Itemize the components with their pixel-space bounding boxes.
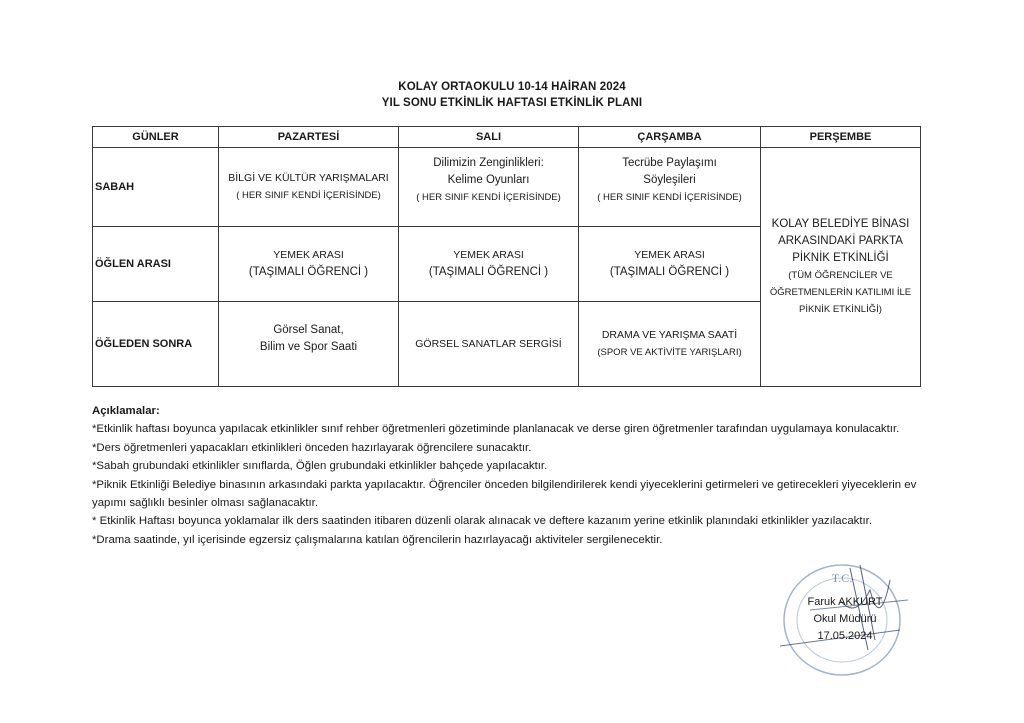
signatory-role: Okul Müdürü xyxy=(780,613,910,625)
cell-wednesday-noon: YEMEK ARASI (TAŞIMALI ÖĞRENCİ ) xyxy=(579,227,761,302)
note-item: * Etkinlik Haftası boyunca yoklamalar il… xyxy=(92,512,892,530)
row-label-noon: ÖĞLEN ARASI xyxy=(93,227,219,302)
header-thursday: PERŞEMBE xyxy=(761,127,921,148)
explanations-heading: Açıklamalar: xyxy=(92,402,932,420)
cell-wednesday-afternoon: DRAMA VE YARIŞMA SAATİ (SPOR VE AKTİVİTE… xyxy=(579,302,761,387)
header-days: GÜNLER xyxy=(93,127,219,148)
document-title-line2: YIL SONU ETKİNLİK HAFTASI ETKİNLİK PLANI xyxy=(0,97,1024,109)
header-wednesday: ÇARŞAMBA xyxy=(579,127,761,148)
row-label-morning: SABAH xyxy=(93,148,219,227)
table-header-row: GÜNLER PAZARTESİ SALI ÇARŞAMBA PERŞEMBE xyxy=(93,127,921,148)
signatory-name: Faruk AKKURT xyxy=(780,596,910,608)
cell-monday-morning: BİLGİ VE KÜLTÜR YARIŞMALARI ( HER SINIF … xyxy=(219,148,399,227)
cell-monday-afternoon: Görsel Sanat, Bilim ve Spor Saati xyxy=(219,302,399,387)
note-item: *Piknik Etkinliği Belediye binasının ark… xyxy=(92,476,922,513)
signature-date: 17.05.2024 xyxy=(780,630,910,642)
note-item: *Drama saatinde, yıl içerisinde egzersiz… xyxy=(92,531,932,549)
header-monday: PAZARTESİ xyxy=(219,127,399,148)
cell-thursday-merged: KOLAY BELEDİYE BİNASI ARKASINDAKİ PARKTA… xyxy=(761,148,921,387)
activity-plan-table: GÜNLER PAZARTESİ SALI ÇARŞAMBA PERŞEMBE … xyxy=(92,126,921,387)
document-title-line1: KOLAY ORTAOKULU 10-14 HAİRAN 2024 xyxy=(0,81,1024,93)
table-row-morning: SABAH BİLGİ VE KÜLTÜR YARIŞMALARI ( HER … xyxy=(93,148,921,227)
svg-text:T.C.: T.C. xyxy=(832,571,852,585)
cell-tuesday-noon: YEMEK ARASI (TAŞIMALI ÖĞRENCİ ) xyxy=(399,227,579,302)
explanations-section: Açıklamalar: *Etkinlik haftası boyunca y… xyxy=(92,402,932,549)
cell-tuesday-morning: Dilimizin Zenginlikleri: Kelime Oyunları… xyxy=(399,148,579,227)
official-stamp-signature: T.C. Faruk AKKURT Okul Müdürü 17.05.2024 xyxy=(780,560,910,680)
cell-monday-noon: YEMEK ARASI (TAŞIMALI ÖĞRENCİ ) xyxy=(219,227,399,302)
note-item: *Etkinlik haftası boyunca yapılacak etki… xyxy=(92,420,912,438)
row-label-afternoon: ÖĞLEDEN SONRA xyxy=(93,302,219,387)
note-item: *Ders öğretmenleri yapacakları etkinlikl… xyxy=(92,439,932,457)
header-tuesday: SALI xyxy=(399,127,579,148)
note-item: *Sabah grubundaki etkinlikler sınıflarda… xyxy=(92,457,932,475)
cell-wednesday-morning: Tecrübe Paylaşımı Söyleşileri ( HER SINI… xyxy=(579,148,761,227)
cell-tuesday-afternoon: GÖRSEL SANATLAR SERGİSİ xyxy=(399,302,579,387)
